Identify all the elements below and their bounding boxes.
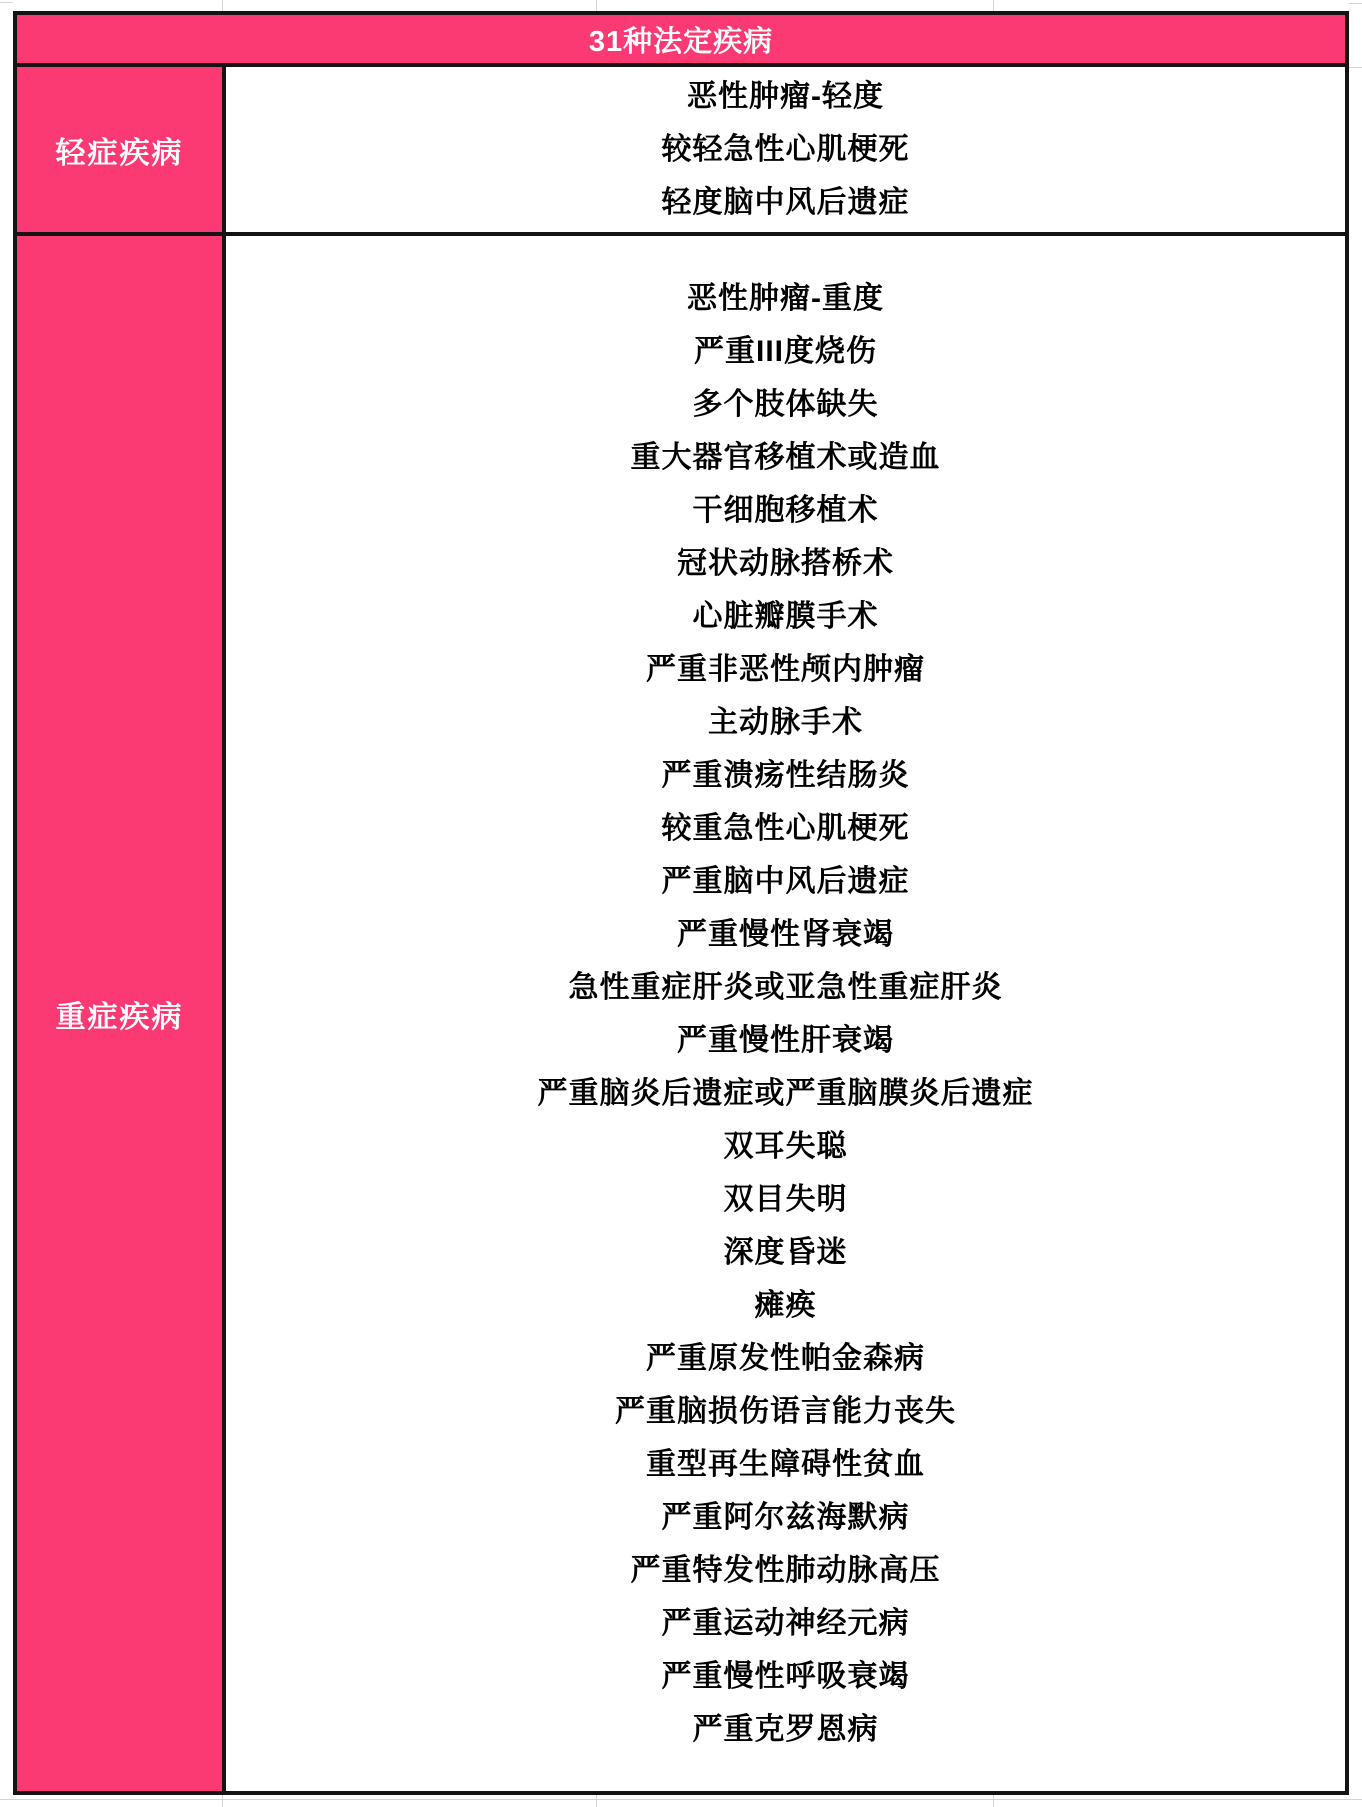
- disease-item: 恶性肿瘤-轻度: [687, 70, 884, 123]
- disease-item: 严重慢性肾衰竭: [677, 908, 894, 961]
- severe-group-label-cell: 重症疾病: [17, 236, 226, 1791]
- disease-item: 严重克罗恩病: [693, 1703, 879, 1756]
- gridline: [596, 0, 597, 11]
- disease-item: 较轻急性心肌梗死: [662, 123, 910, 176]
- disease-item: 心脏瓣膜手术: [693, 590, 879, 643]
- disease-item: 重型再生障碍性贫血: [646, 1438, 925, 1491]
- disease-item: 严重阿尔兹海默病: [662, 1491, 910, 1544]
- disease-item: 严重脑损伤语言能力丧失: [615, 1385, 956, 1438]
- mild-disease-row: 轻症疾病 恶性肿瘤-轻度较轻急性心肌梗死轻度脑中风后遗症: [17, 67, 1345, 236]
- disease-item: 恶性肿瘤-重度: [687, 272, 884, 325]
- disease-table: 31种法定疾病 轻症疾病 恶性肿瘤-轻度较轻急性心肌梗死轻度脑中风后遗症 重症疾…: [13, 11, 1349, 1795]
- disease-item: 严重非恶性颅内肿瘤: [646, 643, 925, 696]
- disease-item: 轻度脑中风后遗症: [662, 176, 910, 229]
- disease-item: 严重特发性肺动脉高压: [631, 1544, 941, 1597]
- gridline: [596, 1795, 597, 1807]
- disease-item: 较重急性心肌梗死: [662, 802, 910, 855]
- disease-item: 多个肢体缺失: [693, 378, 879, 431]
- disease-item: 严重原发性帕金森病: [646, 1332, 925, 1385]
- gridline: [0, 1799, 1362, 1800]
- disease-item: 急性重症肝炎或亚急性重症肝炎: [569, 961, 1003, 1014]
- disease-item: 双耳失聪: [724, 1120, 848, 1173]
- gridline: [0, 2, 13, 3]
- disease-item: 主动脉手术: [708, 696, 863, 749]
- mild-group-label-cell: 轻症疾病: [17, 67, 226, 232]
- disease-item: 干细胞移植术: [693, 484, 879, 537]
- disease-item: 双目失明: [724, 1173, 848, 1226]
- gridline: [993, 0, 994, 11]
- severe-disease-row: 重症疾病 恶性肿瘤-重度严重III度烧伤多个肢体缺失重大器官移植术或造血干细胞移…: [17, 236, 1345, 1791]
- gridline: [222, 1795, 223, 1807]
- disease-item: 严重脑炎后遗症或严重脑膜炎后遗症: [538, 1067, 1034, 1120]
- disease-item: 冠状动脉搭桥术: [677, 537, 894, 590]
- table-title-cell: 31种法定疾病: [17, 15, 1345, 67]
- disease-item: 深度昏迷: [724, 1226, 848, 1279]
- disease-item: 严重慢性呼吸衰竭: [662, 1650, 910, 1703]
- gridline: [1349, 67, 1362, 68]
- disease-item: 瘫痪: [755, 1279, 817, 1332]
- disease-item: 严重III度烧伤: [694, 325, 877, 378]
- spreadsheet-canvas: 31种法定疾病 轻症疾病 恶性肿瘤-轻度较轻急性心肌梗死轻度脑中风后遗症 重症疾…: [0, 0, 1362, 1807]
- mild-disease-list: 恶性肿瘤-轻度较轻急性心肌梗死轻度脑中风后遗症: [226, 67, 1345, 232]
- severe-disease-list: 恶性肿瘤-重度严重III度烧伤多个肢体缺失重大器官移植术或造血干细胞移植术冠状动…: [226, 236, 1345, 1791]
- gridline: [993, 1795, 994, 1807]
- disease-item: 重大器官移植术或造血: [631, 431, 941, 484]
- disease-item: 严重运动神经元病: [662, 1597, 910, 1650]
- disease-item: 严重溃疡性结肠炎: [662, 749, 910, 802]
- gridline: [222, 0, 223, 11]
- disease-item: 严重脑中风后遗症: [662, 855, 910, 908]
- gridline: [1349, 3, 1362, 4]
- disease-item: 严重慢性肝衰竭: [677, 1014, 894, 1067]
